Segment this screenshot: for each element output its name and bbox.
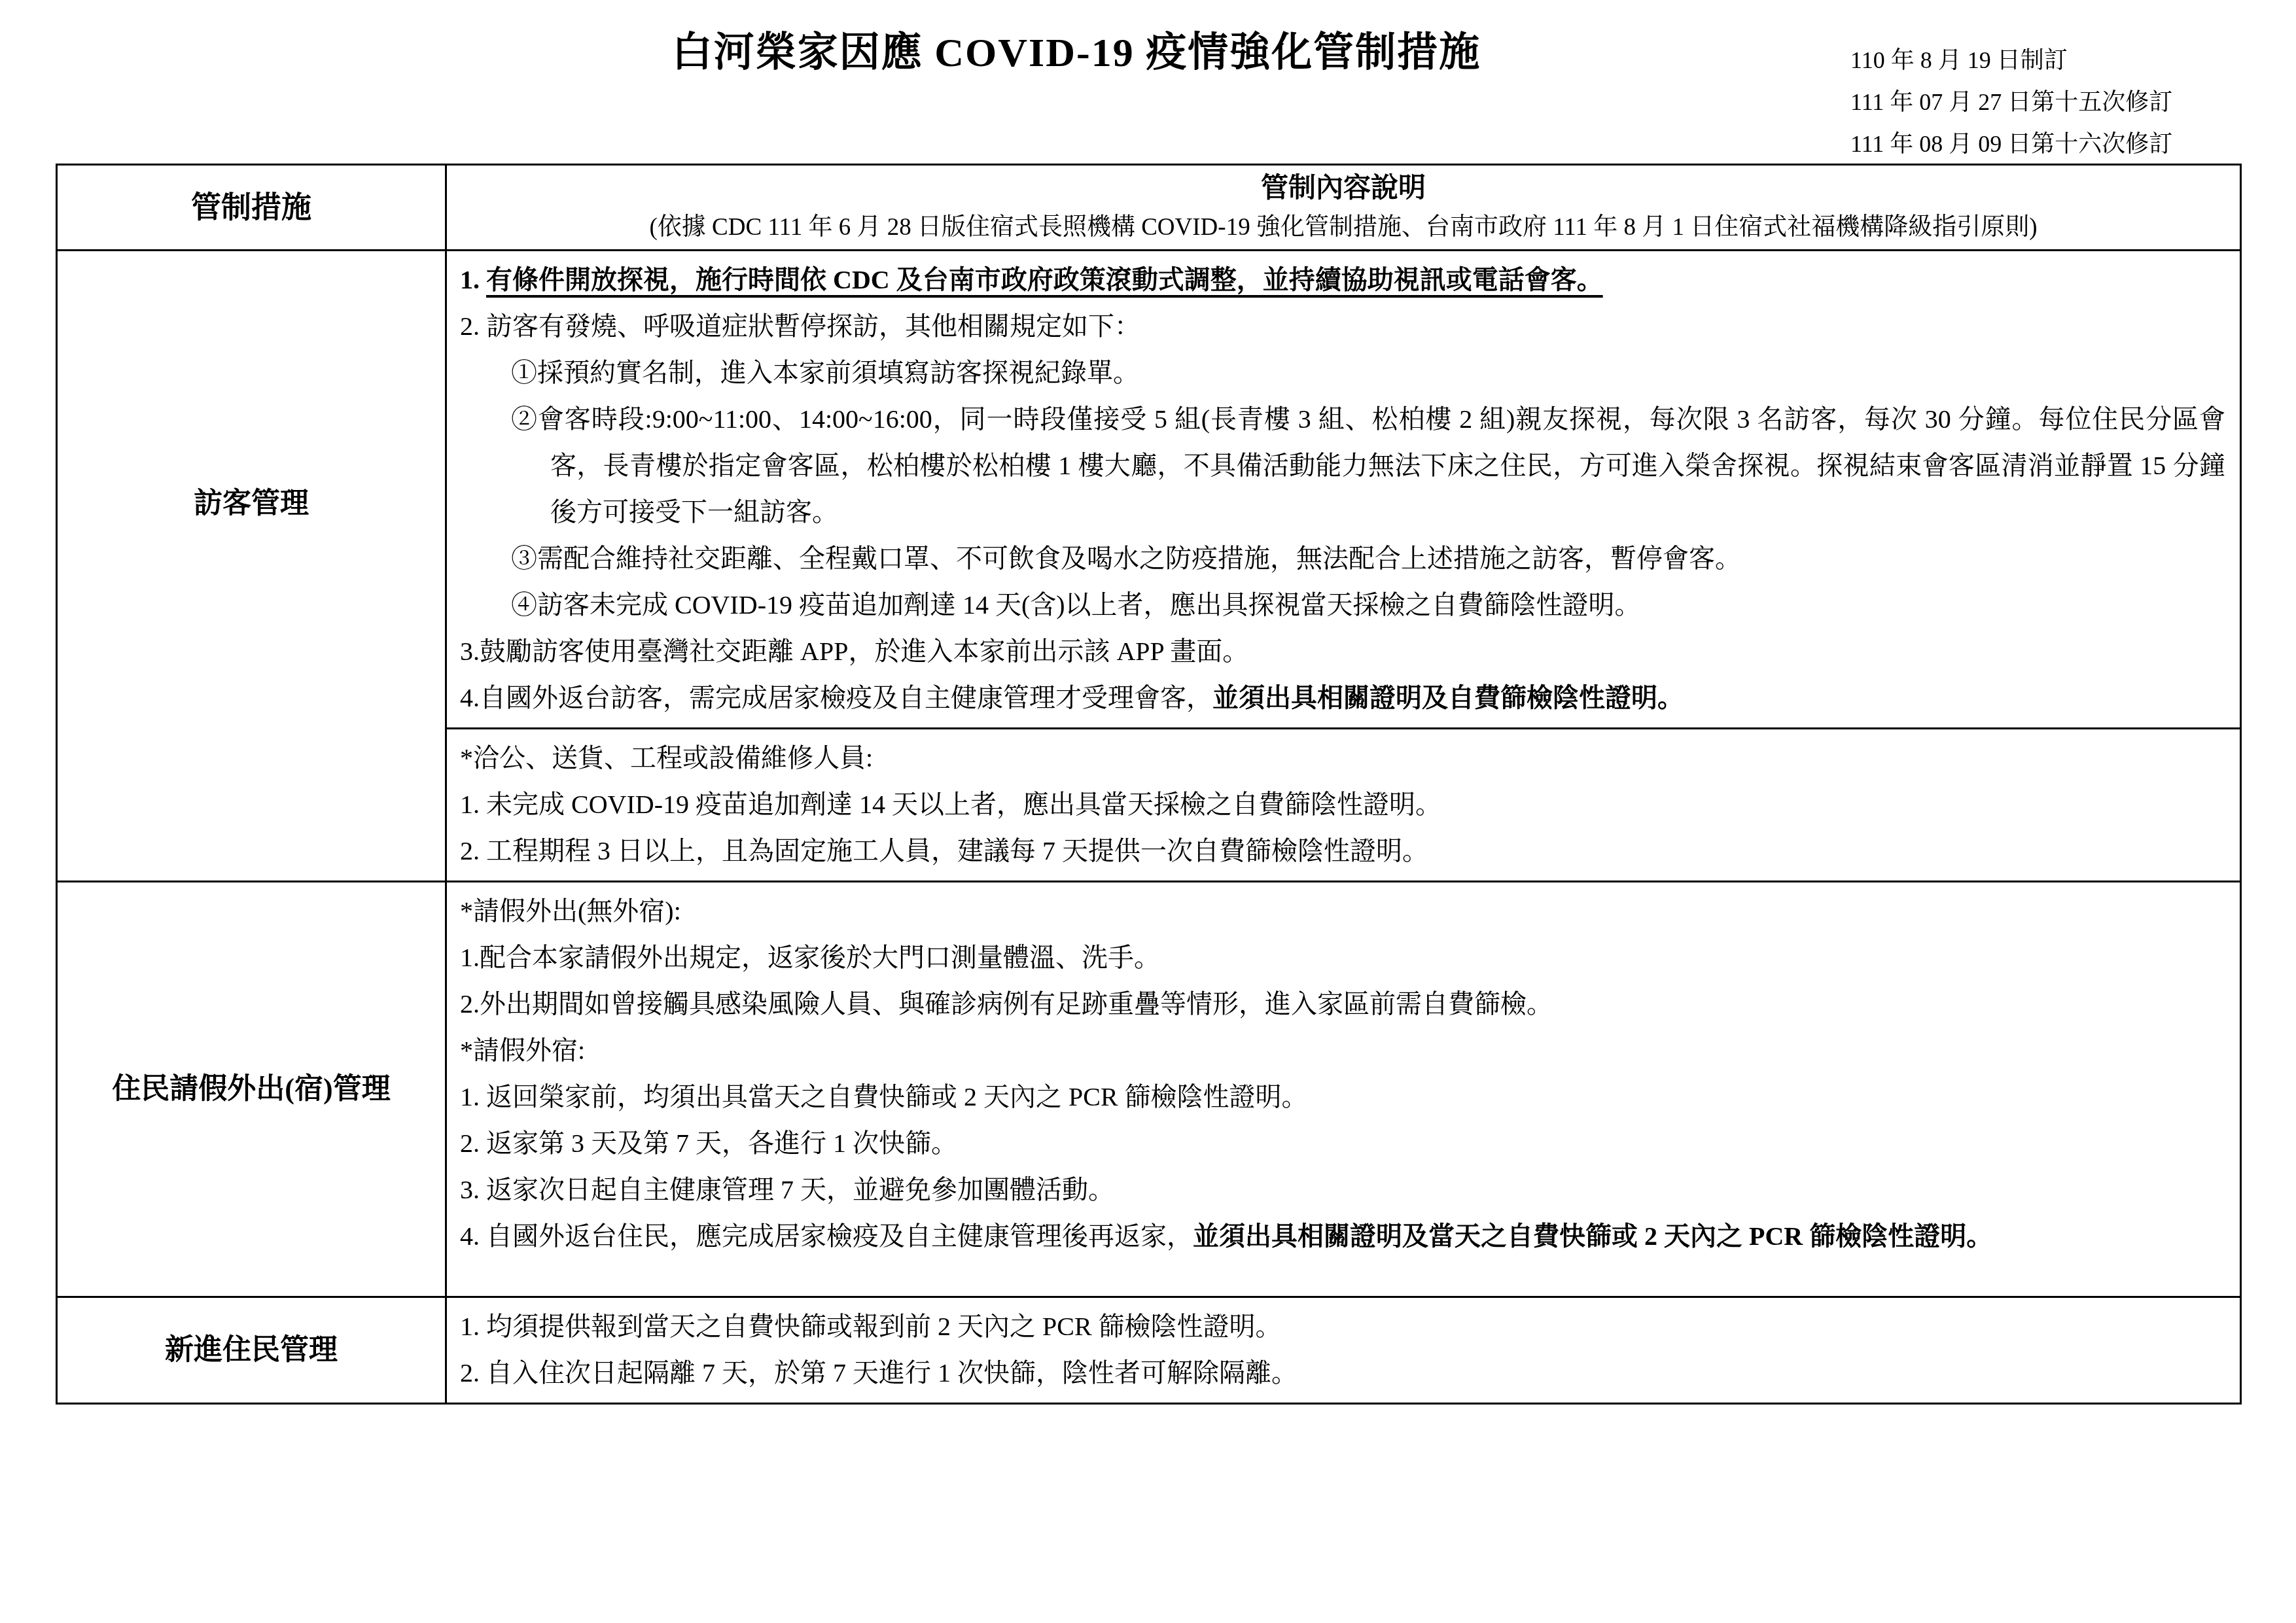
new-resident-row: 新進住民管理 1. 均須提供報到當天之自費快篩或報到前 2 天內之 PCR 篩檢… xyxy=(57,1297,2241,1404)
overnight-item-4-bold: 並須出具相關證明及當天之自費快篩或 2 天內之 PCR 篩檢陰性證明。 xyxy=(1193,1221,1992,1251)
contractor-item-1: 1. 未完成 COVID-19 疫苗追加劑達 14 天以上者，應出具當天採檢之自… xyxy=(460,781,2225,828)
visitor-item-1-text: 有條件開放探視，施行時間依 CDC 及台南市政府政策滾動式調整，並持續協助視訊或… xyxy=(486,265,1603,294)
visitor-management-row: 訪客管理 1. 有條件開放探視，施行時間依 CDC 及台南市政府政策滾動式調整，… xyxy=(57,251,2241,729)
visitor-item-2: 2. 訪客有發燒、呼吸道症狀暫停探訪，其他相關規定如下： xyxy=(460,303,2225,349)
visitor-management-label: 訪客管理 xyxy=(62,484,441,523)
page-title: 白河榮家因應 COVID-19 疫情強化管制措施 xyxy=(0,20,2153,78)
new-resident-item-2: 2. 自入住次日起隔離 7 天，於第 7 天進行 1 次快篩，陰性者可解除隔離。 xyxy=(460,1350,2225,1396)
resident-leave-rules-cell: *請假外出(無外宿): 1.配合本家請假外出規定，返家後於大門口測量體溫、洗手。… xyxy=(446,882,2241,1297)
visitor-rules-cell: 1. 有條件開放探視，施行時間依 CDC 及台南市政府政策滾動式調整，並持續協助… xyxy=(446,251,2241,729)
contractor-heading: *洽公、送貨、工程或設備維修人員: xyxy=(460,735,2225,781)
visitor-subitem-4: ④訪客未完成 COVID-19 疫苗追加劑達 14 天(含)以上者，應出具探視當… xyxy=(511,582,2225,628)
revision-line-2: 111 年 07 月 27 日第十五次修訂 xyxy=(1850,81,2172,123)
outing-item-2: 2.外出期間如曾接觸具感染風險人員、與確診病例有足跡重疊等情形，進入家區前需自費… xyxy=(460,981,2225,1027)
overnight-item-4-normal: 4. 自國外返台住民，應完成居家檢疫及自主健康管理後再返家， xyxy=(460,1221,1193,1251)
revision-line-1: 110 年 8 月 19 日制訂 xyxy=(1850,39,2172,81)
visitor-subitem-1: ①採預約實名制，進入本家前須填寫訪客探視紀錄單。 xyxy=(511,349,2225,396)
new-resident-rules-cell: 1. 均須提供報到當天之自費快篩或報到前 2 天內之 PCR 篩檢陰性證明。 2… xyxy=(446,1297,2241,1404)
revision-history: 110 年 8 月 19 日制訂 111 年 07 月 27 日第十五次修訂 1… xyxy=(1850,39,2172,165)
new-resident-label: 新進住民管理 xyxy=(57,1297,446,1404)
control-measures-table: 管制措施 管制內容說明 (依據 CDC 111 年 6 月 28 日版住宿式長照… xyxy=(56,164,2242,1405)
resident-leave-label: 住民請假外出(宿)管理 xyxy=(57,882,446,1297)
header-content-title: 管制內容說明 xyxy=(452,168,2234,209)
new-resident-item-1: 1. 均須提供報到當天之自費快篩或報到前 2 天內之 PCR 篩檢陰性證明。 xyxy=(460,1303,2225,1350)
document-page: { "doc": { "title": "白河榮家因應 COVID-19 疫情強… xyxy=(0,0,2296,1623)
overnight-item-4: 4. 自國外返台住民，應完成居家檢疫及自主健康管理後再返家，並須出具相關證明及當… xyxy=(460,1213,2225,1259)
visitor-item-4: 4.自國外返台訪客，需完成居家檢疫及自主健康管理才受理會客，並須出具相關證明及自… xyxy=(460,674,2225,721)
visitor-subitem-2: ②會客時段:9:00~11:00、14:00~16:00，同一時段僅接受 5 組… xyxy=(511,396,2225,535)
overnight-heading: *請假外宿: xyxy=(460,1027,2225,1073)
visitor-subitem-3: ③需配合維持社交距離、全程戴口罩、不可飲食及喝水之防疫措施，無法配合上述措施之訪… xyxy=(511,535,2225,582)
overnight-item-1: 1. 返回榮家前，均須出具當天之自費快篩或 2 天內之 PCR 篩檢陰性證明。 xyxy=(460,1073,2225,1120)
contractor-item-2: 2. 工程期程 3 日以上，且為固定施工人員，建議每 7 天提供一次自費篩檢陰性… xyxy=(460,828,2225,874)
revision-line-3: 111 年 08 月 09 日第十六次修訂 xyxy=(1850,123,2172,165)
header-content-column: 管制內容說明 (依據 CDC 111 年 6 月 28 日版住宿式長照機構 CO… xyxy=(446,165,2241,251)
outing-heading: *請假外出(無外宿): xyxy=(460,888,2225,934)
header-content-note: (依據 CDC 111 年 6 月 28 日版住宿式長照機構 COVID-19 … xyxy=(452,209,2234,247)
outing-item-1: 1.配合本家請假外出規定，返家後於大門口測量體溫、洗手。 xyxy=(460,934,2225,981)
contractor-rules-cell: *洽公、送貨、工程或設備維修人員: 1. 未完成 COVID-19 疫苗追加劑達… xyxy=(446,729,2241,882)
overnight-item-3: 3. 返家次日起自主健康管理 7 天，並避免參加團體活動。 xyxy=(460,1166,2225,1213)
visitor-management-label-cell: 訪客管理 xyxy=(57,251,446,882)
visitor-item-3: 3.鼓勵訪客使用臺灣社交距離 APP，於進入本家前出示該 APP 畫面。 xyxy=(460,628,2225,674)
header-measure-column: 管制措施 xyxy=(57,165,446,251)
visitor-item-1: 1. 有條件開放探視，施行時間依 CDC 及台南市政府政策滾動式調整，並持續協助… xyxy=(460,256,2225,303)
visitor-item-4-normal: 4.自國外返台訪客，需完成居家檢疫及自主健康管理才受理會客， xyxy=(460,683,1212,712)
table-header-row: 管制措施 管制內容說明 (依據 CDC 111 年 6 月 28 日版住宿式長照… xyxy=(57,165,2241,251)
visitor-item-4-bold: 並須出具相關證明及自費篩檢陰性證明。 xyxy=(1212,683,1684,712)
resident-leave-row: 住民請假外出(宿)管理 *請假外出(無外宿): 1.配合本家請假外出規定，返家後… xyxy=(57,882,2241,1297)
visitor-item-1-marker: 1. xyxy=(460,265,486,294)
overnight-item-2: 2. 返家第 3 天及第 7 天，各進行 1 次快篩。 xyxy=(460,1120,2225,1166)
